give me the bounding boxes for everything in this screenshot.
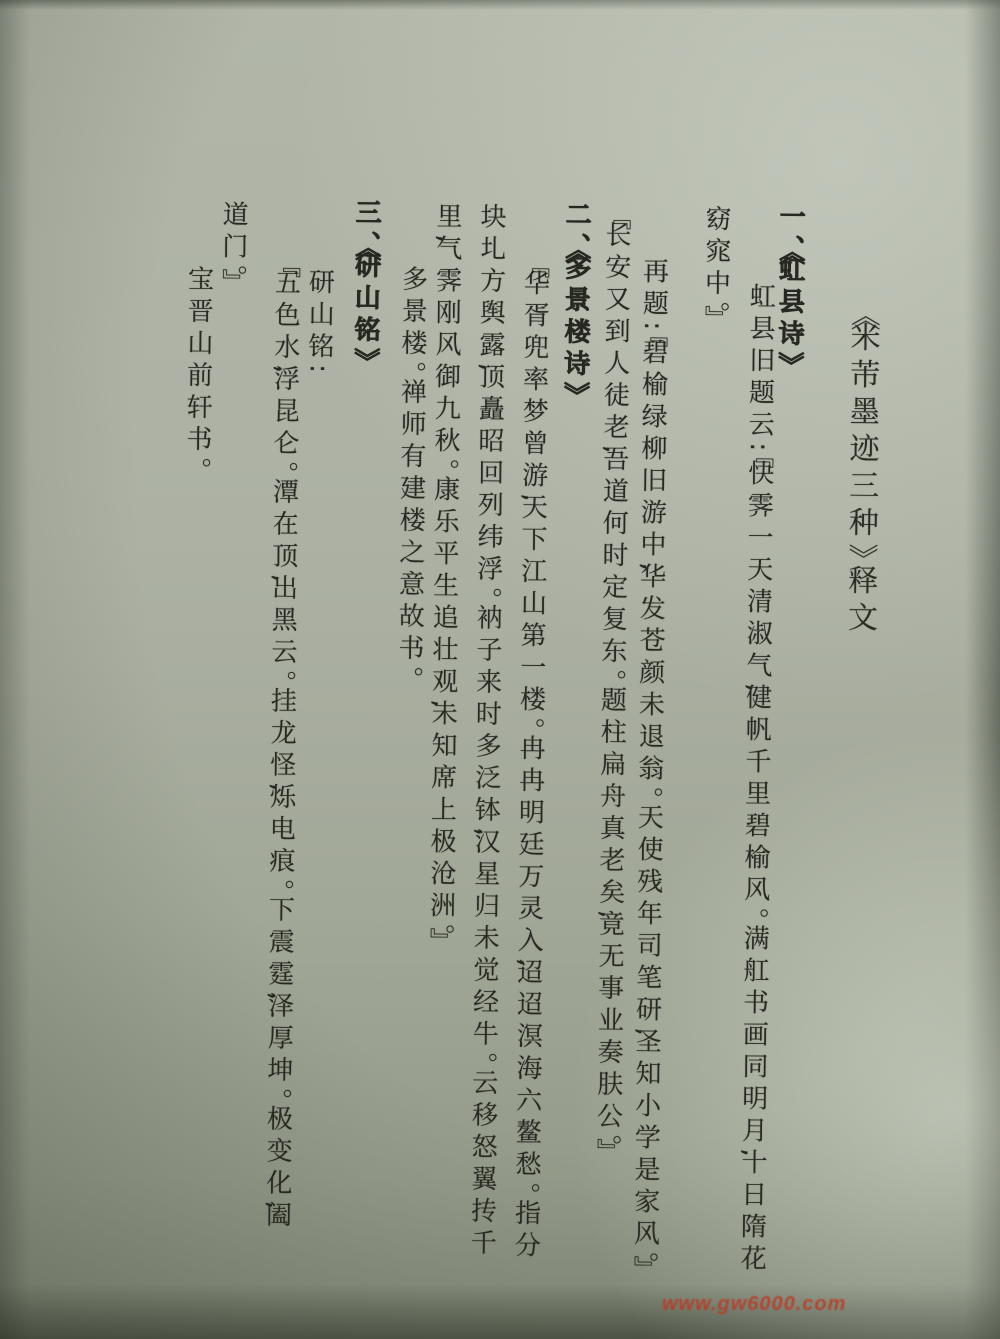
yanshan-signature-column: 宝晋山前轩书。 bbox=[181, 265, 213, 474]
yanshan-paragraph-1-column-1: 研山铭: bbox=[303, 268, 334, 364]
yanshan-paragraph-2-column-2: 道门。』 bbox=[217, 200, 248, 285]
hongxian-paragraph-2-column-1: 再题:『碧榆绿柳旧游中,华发苍颜未退翁。天使残年司笔研,圣知小学是家风。』 bbox=[628, 257, 668, 1272]
watermark: www.gw6000.com bbox=[662, 1293, 846, 1316]
book-page: 《米芾墨迹三种》释文 一、《虹县诗》 虹县旧题云:『快霁一天清淑气,健帆千里碧榆… bbox=[0, 0, 1000, 1339]
yanshan-paragraph-2-column-1: 『五色水,浮昆仑。潭在顶,出黑云。挂龙怪,烁电痕。下震霆,泽厚坤。极变化,阖 bbox=[260, 252, 299, 1233]
duojinglou-paragraph-1-column-1: 『华胥兜率梦曾游,天下江山第一楼。冉冉明廷万灵入,迢迢溟海六鳌愁。指分 bbox=[509, 252, 549, 1263]
duojinglou-paragraph-1-column-3: 里,气霁刚风御九秋。康乐平生追壮观,未知席上极沧洲。』 bbox=[424, 202, 461, 944]
page-title: 《米芾墨迹三种》释文 bbox=[841, 300, 879, 638]
duojinglou-paragraph-1-column-2: 块圠方舆露,顶矗昭回列纬浮。衲子来时多泛钵,汉星归未觉经牛。云移怒翼抟千 bbox=[465, 203, 505, 1261]
heading-yanshan-ming: 三、《研山铭》 bbox=[349, 199, 380, 365]
heading-duojinglou-shi: 二、《多景楼诗》 bbox=[559, 201, 591, 399]
hongxian-paragraph-2-column-2: 『长安又到人徒老,吾道何时定复东。题柱扁舟真老矣,竟无事业奏肤公。』 bbox=[591, 204, 630, 1155]
heading-hongxian-shi: 一、《虹县诗》 bbox=[773, 203, 804, 369]
hongxian-paragraph-1-column-2: 窈窕中。』 bbox=[699, 205, 730, 322]
hongxian-paragraph-1-column-1: 虹县旧题云:『快霁一天清淑气,健帆千里碧榆风。满舡书画同明月,十日隋花 bbox=[735, 282, 774, 1276]
photographed-book-page: { "page_title": "《米芾墨迹三种》释文", "sections"… bbox=[0, 0, 1000, 1339]
duojinglou-paragraph-2-column-1: 多景楼。禅师有建楼之意故书。 bbox=[393, 265, 427, 683]
